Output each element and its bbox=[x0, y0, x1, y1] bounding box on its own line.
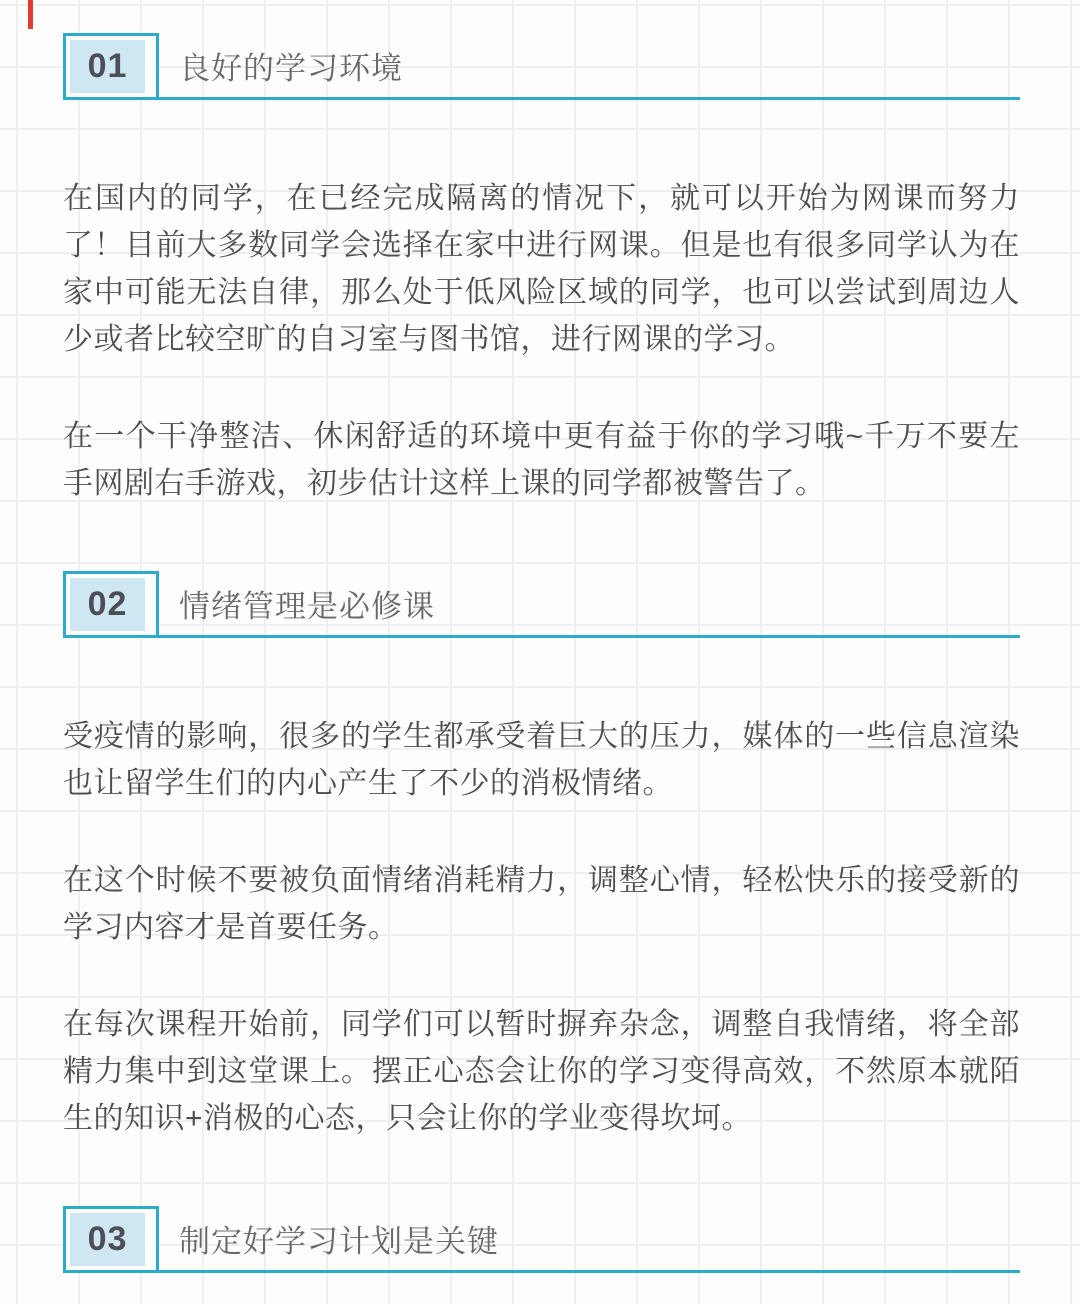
section-header-1: 01 良好的学习环境 bbox=[63, 33, 1020, 100]
section-title-1: 良好的学习环境 bbox=[179, 43, 403, 88]
section-title-2: 情绪管理是必修课 bbox=[179, 581, 435, 626]
section-number-badge-3: 03 bbox=[63, 1206, 159, 1270]
paragraph: 受疫情的影响，很多的学生都承受着巨大的压力，媒体的一些信息渲染也让留学生们的内心… bbox=[63, 713, 1020, 807]
paragraph: 在一个干净整洁、休闲舒适的环境中更有益于你的学习哦~千万不要左手网剧右手游戏，初… bbox=[63, 413, 1020, 507]
section-title-3: 制定好学习计划是关键 bbox=[179, 1216, 499, 1261]
section-header-2: 02 情绪管理是必修课 bbox=[63, 571, 1020, 638]
section-number-3: 03 bbox=[70, 1213, 145, 1266]
article-content: 01 良好的学习环境 在国内的同学，在已经完成隔离的情况下，就可以开始为网课而努… bbox=[0, 0, 1080, 1273]
section-number-2: 02 bbox=[70, 578, 145, 631]
section-number-badge-2: 02 bbox=[63, 571, 159, 635]
article-page: 01 良好的学习环境 在国内的同学，在已经完成隔离的情况下，就可以开始为网课而努… bbox=[0, 0, 1080, 1304]
section-header-3: 03 制定好学习计划是关键 bbox=[63, 1206, 1020, 1273]
section-number-1: 01 bbox=[70, 40, 145, 93]
paragraph: 在国内的同学，在已经完成隔离的情况下，就可以开始为网课而努力了！目前大多数同学会… bbox=[63, 175, 1020, 363]
paragraph: 在每次课程开始前，同学们可以暂时摒弃杂念，调整自我情绪，将全部精力集中到这堂课上… bbox=[63, 1001, 1020, 1142]
section-number-badge-1: 01 bbox=[63, 33, 159, 97]
paragraph: 在这个时候不要被负面情绪消耗精力，调整心情，轻松快乐的接受新的学习内容才是首要任… bbox=[63, 857, 1020, 951]
